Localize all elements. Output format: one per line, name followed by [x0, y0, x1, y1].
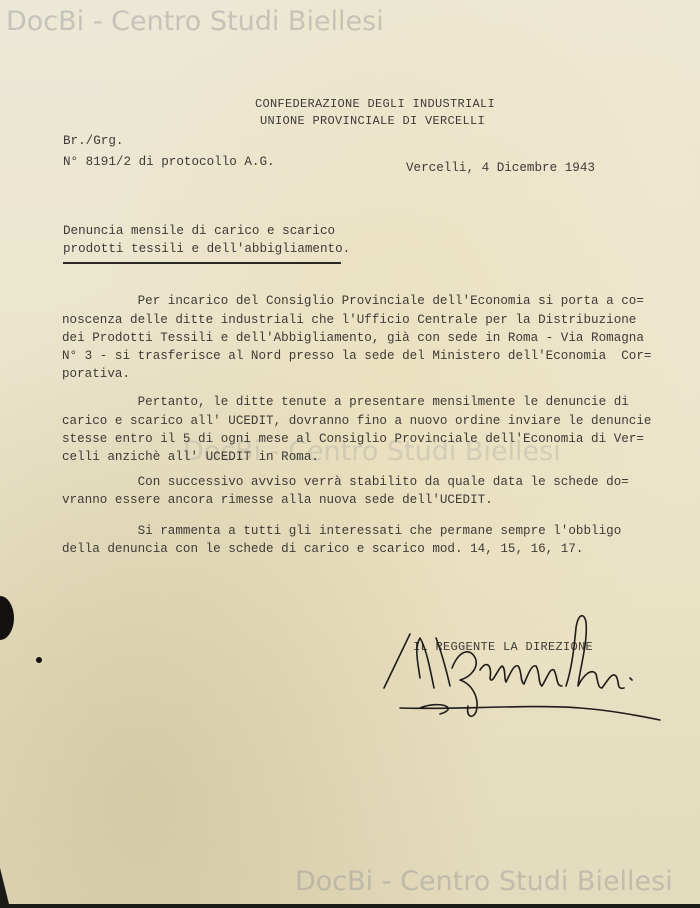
- paragraph-line: carico e scarico all' UCEDIT, dovranno f…: [62, 412, 651, 432]
- ink-dot: [36, 657, 42, 663]
- paragraph-line: N° 3 - si trasferisce al Nord presso la …: [62, 347, 651, 367]
- paragraph-line: Si rammenta a tutti gli interessati che …: [62, 522, 621, 542]
- hole-stain: [0, 596, 14, 640]
- subject-line-1: Denuncia mensile di carico e scarico: [63, 222, 335, 242]
- paragraph-line: dei Prodotti Tessili e dell'Abbigliament…: [62, 329, 644, 349]
- subject-underline: [63, 262, 341, 264]
- subject-line-2: prodotti tessili e dell'abbigliamento.: [63, 240, 350, 260]
- protocol-number: N° 8191/2 di protocollo A.G.: [63, 153, 275, 173]
- paragraph-line: vranno essere ancora rimesse alla nuova …: [62, 491, 493, 511]
- paragraph-line: stesse entro il 5 di ogni mese al Consig…: [62, 430, 644, 450]
- paragraph-line: porativa.: [62, 365, 130, 385]
- paragraph-line: celli anzichè all' UCEDIT in Roma.: [62, 448, 319, 468]
- paragraph-line: noscenza delle ditte industriali che l'U…: [62, 311, 636, 331]
- document-page: DocBi - Centro Studi Biellesi DocBi - Ce…: [0, 0, 700, 904]
- handwritten-signature-icon: [380, 608, 680, 728]
- reference-initials: Br./Grg.: [63, 132, 123, 152]
- paragraph-line: Pertanto, le ditte tenute a presentare m…: [62, 393, 629, 413]
- paragraph-line: della denuncia con le schede di carico e…: [62, 540, 583, 560]
- paragraph-line: Con successivo avviso verrà stabilito da…: [62, 473, 629, 493]
- letterhead-line-2: UNIONE PROVINCIALE DI VERCELLI: [260, 112, 485, 132]
- watermark-bottom: DocBi - Centro Studi Biellesi: [295, 866, 673, 897]
- place-date: Vercelli, 4 Dicembre 1943: [406, 159, 595, 179]
- paragraph-line: Per incarico del Consiglio Provinciale d…: [62, 292, 644, 312]
- watermark-top: DocBi - Centro Studi Biellesi: [6, 6, 384, 37]
